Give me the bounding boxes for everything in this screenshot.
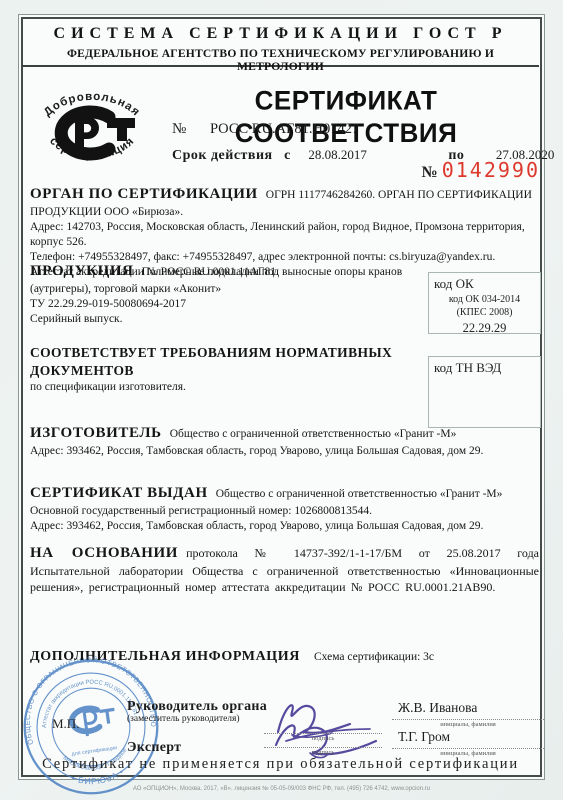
head-signature-line [264,733,382,734]
head-role-label: Руководитель органа [127,699,267,715]
certificate-header: СИСТЕМА СЕРТИФИКАЦИИ ГОСТ Р ФЕДЕРАЛЬНОЕ … [22,18,539,67]
expert-role-label: Эксперт [127,740,181,756]
tnved-code-box: код ТН ВЭД [428,356,541,428]
manufacturer-section: ИЗГОТОВИТЕЛЬОбщество с ограниченной отве… [30,424,537,459]
conformity-heading: СООТВЕТСТВУЕТ ТРЕБОВАНИЯМ НОРМАТИВНЫХ ДО… [30,345,392,378]
agency-title: ФЕДЕРАЛЬНОЕ АГЕНТСТВО ПО ТЕХНИЧЕСКОМУ РЕ… [22,47,539,73]
ok-code-line2: (КПЕС 2008) [434,307,535,318]
validity-from-date: 28.08.2017 [308,147,367,162]
tnved-code-label: код ТН ВЭД [434,360,535,376]
conformity-section: СООТВЕТСТВУЕТ ТРЕБОВАНИЯМ НОРМАТИВНЫХ ДО… [30,344,430,396]
certificate-page: СИСТЕМА СЕРТИФИКАЦИИ ГОСТ Р ФЕДЕРАЛЬНОЕ … [0,0,563,800]
basis-section: НА ОСНОВАНИИпротокола № 14737-392/1-1-17… [30,544,539,595]
ok-code-box: код ОК код ОК 034-2014 (КПЕС 2008) 22.29… [428,272,541,334]
issued-to-name: Общество с ограниченной ответственностью… [216,488,503,500]
certification-stamp-icon: ОБЩЕСТВО С ОГРАНИЧЕННОЙ ОТВЕТСТВЕННОСТЬЮ… [20,656,162,798]
issued-to-address: Адрес: 393462, Россия, Тамбовская област… [30,520,483,532]
head-name: Ж.В. Иванова [392,700,544,720]
blank-number-value: 0142990 [442,158,540,182]
certificate-number-row: № РОСС RU.АГ81.Н07427 [172,121,359,138]
issued-to-ogrn: Основной государственный регистрационный… [30,505,372,517]
issued-to-section: СЕРТИФИКАТ ВЫДАНОбщество с ограниченной … [30,484,537,534]
ok-code-line1: код ОК 034-2014 [434,294,535,305]
system-title: СИСТЕМА СЕРТИФИКАЦИИ ГОСТ Р [22,25,539,43]
product-issue: Серийный выпуск. [30,313,123,325]
certificate-number-label: № [172,121,186,137]
product-section: ПРОДУКЦИЯПолимерные подкладки под выносн… [30,262,422,327]
certification-body-heading: ОРГАН ПО СЕРТИФИКАЦИИ [30,186,258,202]
document-title: СЕРТИФИКАТ СООТВЕТСТВИЯ [150,85,542,149]
conformity-text: по спецификации изготовителя. [30,381,186,393]
rst-logo-icon: Добровольная сертификация [26,82,158,180]
blank-number: № 0142990 [370,158,540,182]
expert-name-block: Т.Г. Гром инициалы, фамилия [392,729,544,757]
head-signature-caption: подпись [264,735,382,742]
stamp-place-mark: М.П. [52,716,79,732]
ok-code-value: 22.29.29 [434,321,535,336]
ok-code-label: код ОК [434,276,535,292]
restriction-note: Сертификат не применяется при обязательн… [22,756,539,773]
expert-signature-line [264,747,382,748]
validity-from-label: с [284,148,291,163]
expert-signature-caption: подпись [264,749,382,756]
basis-heading: НА ОСНОВАНИИ [30,545,178,561]
manufacturer-name: Общество с ограниченной ответственностью… [170,428,457,440]
additional-info-text: Схема сертификации: 3с [314,651,434,663]
manufacturer-address: Адрес: 393462, Россия, Тамбовская област… [30,445,483,457]
head-name-block: Ж.В. Иванова инициалы, фамилия [392,700,544,728]
manufacturer-heading: ИЗГОТОВИТЕЛЬ [30,425,162,441]
certificate-number-value: РОСС RU.АГ81.Н07427 [210,121,359,137]
head-role-note: (заместитель руководителя) [127,714,240,724]
validity-label: Срок действия [172,148,273,163]
expert-name: Т.Г. Гром [392,729,544,749]
product-tu: ТУ 22.29.29-019-50080694-2017 [30,298,186,310]
blank-number-label: № [422,164,438,181]
printer-note: АО «ОПЦИОН», Москва, 2017, «В». лицензия… [0,786,563,792]
issued-to-heading: СЕРТИФИКАТ ВЫДАН [30,485,208,501]
product-heading: ПРОДУКЦИЯ [30,263,134,279]
certification-body-address: Адрес: 142703, Россия, Московская област… [30,221,525,248]
head-name-caption: инициалы, фамилия [392,721,544,728]
